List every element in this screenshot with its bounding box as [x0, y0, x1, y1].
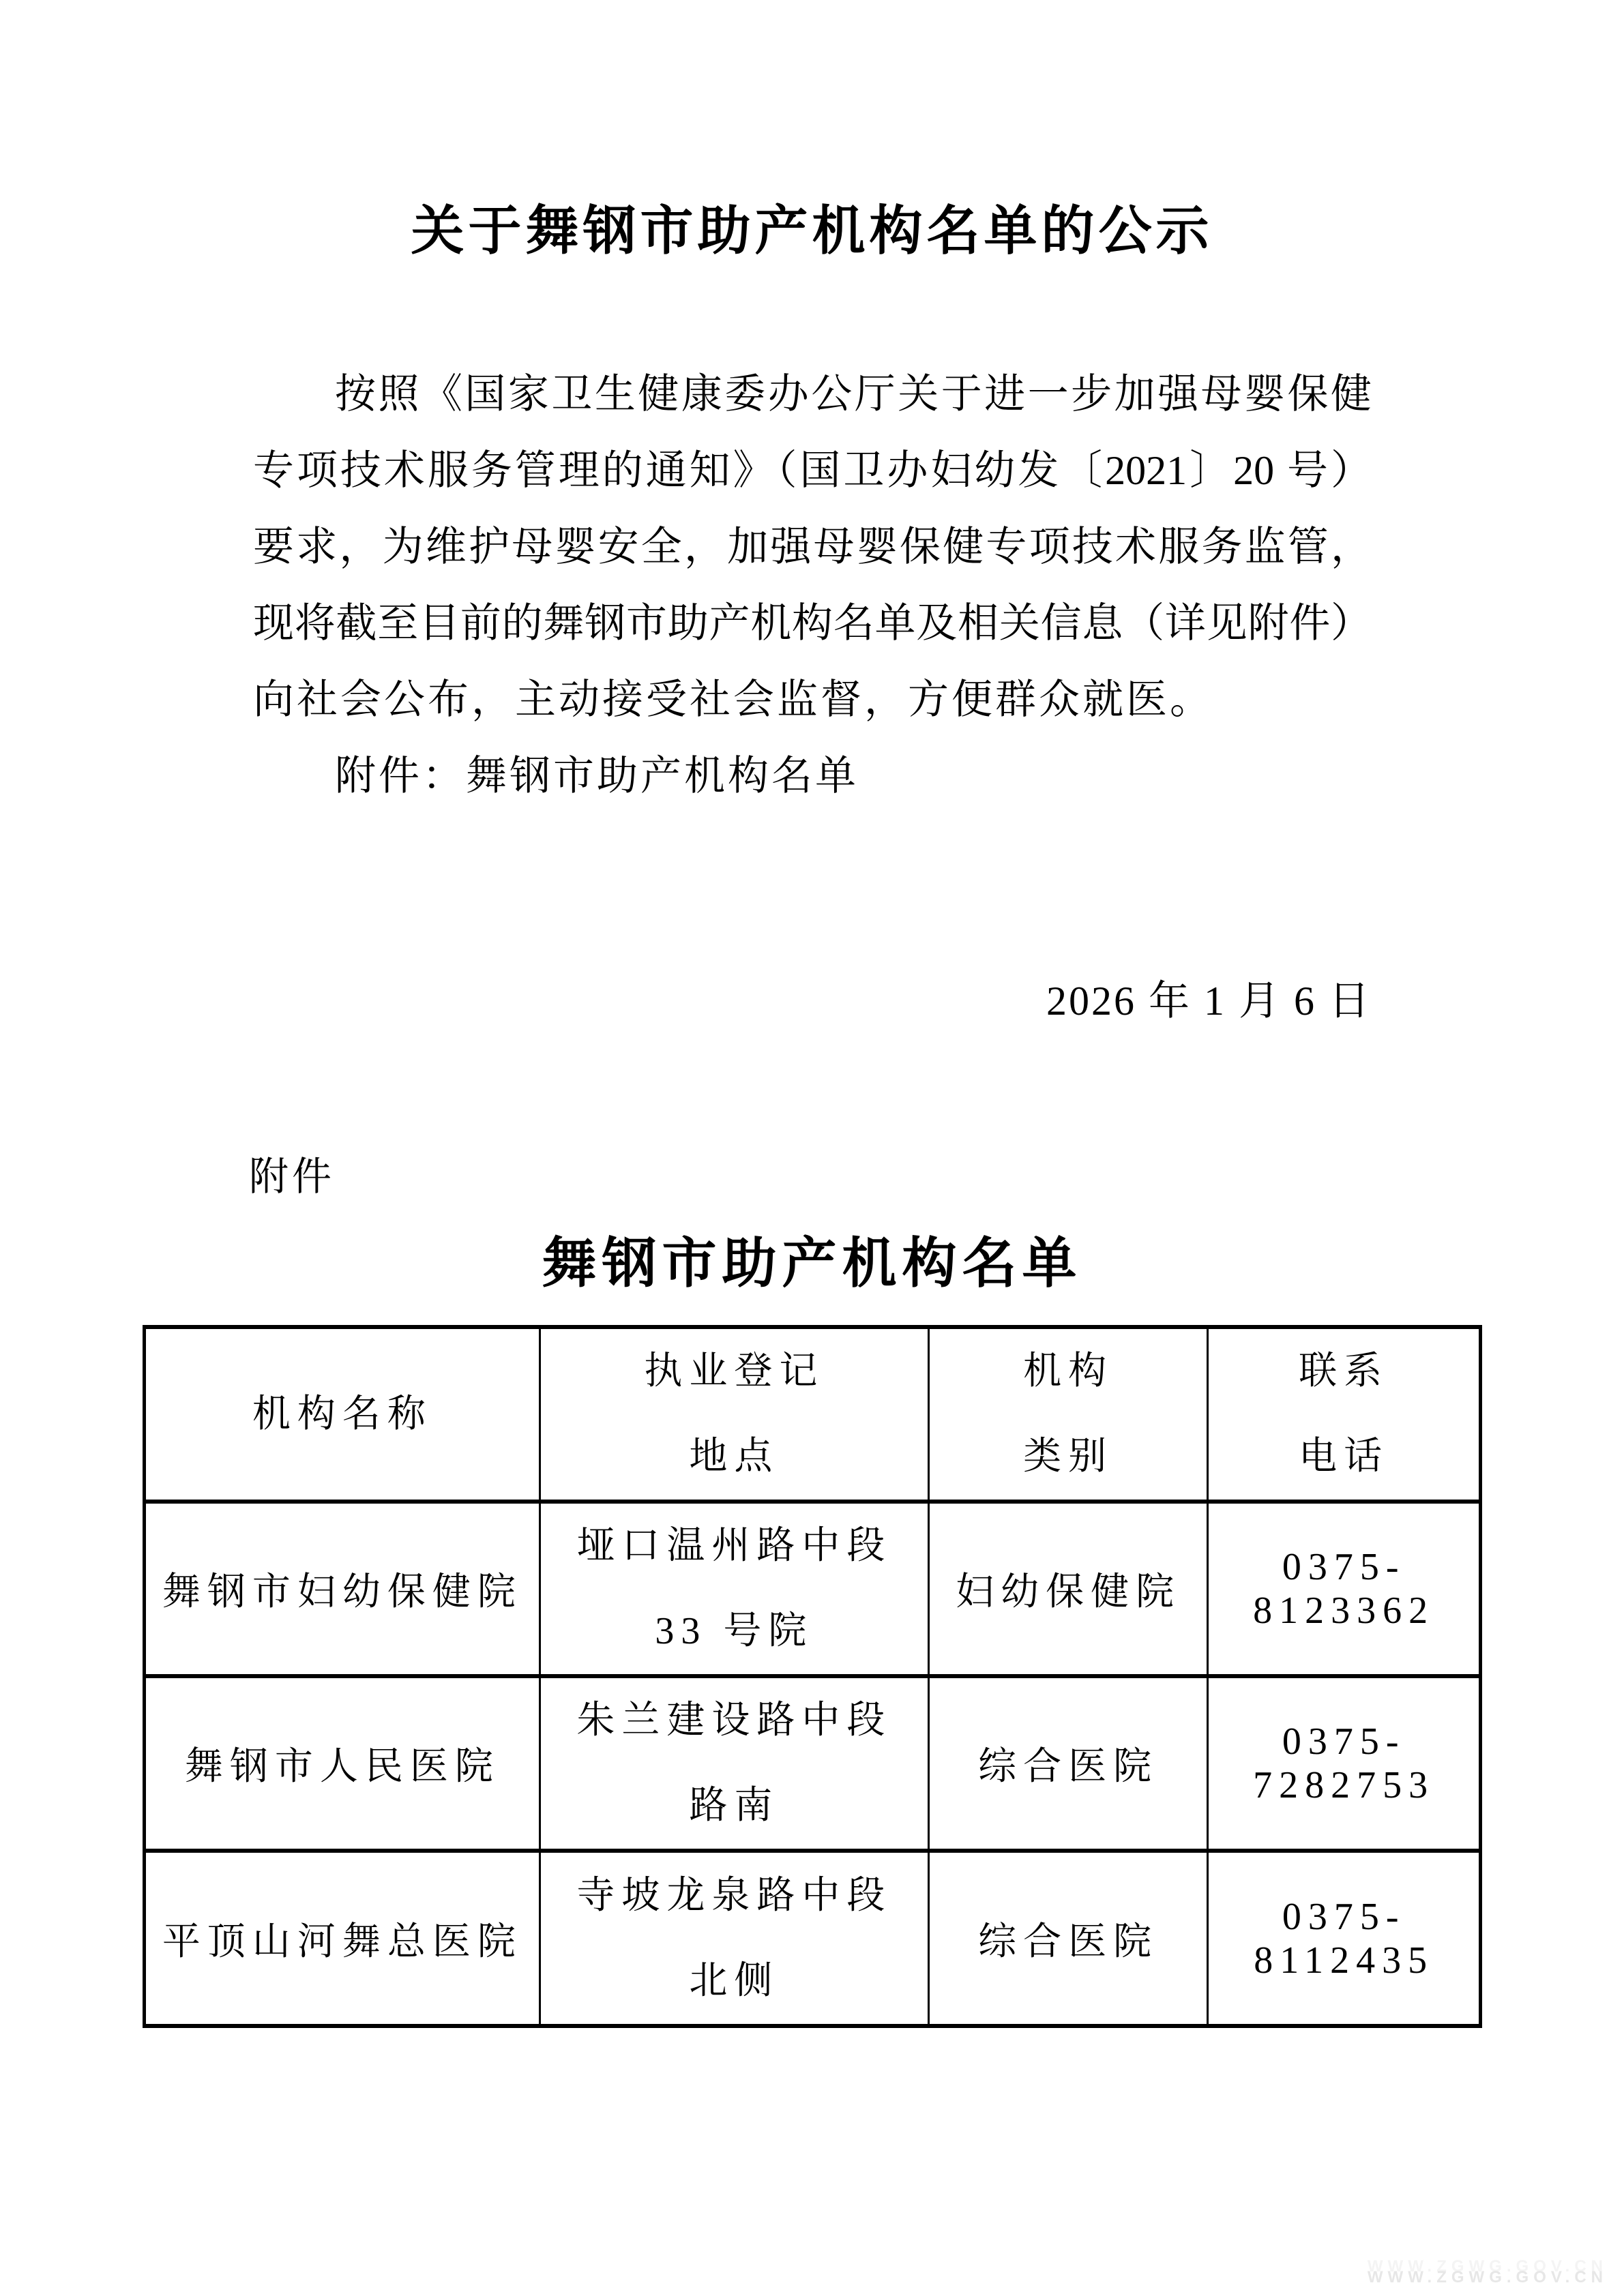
cell-institution-name: 舞钢市人民医院 [145, 1676, 540, 1851]
attachment-label: 附件 [249, 1144, 335, 1202]
table-row: 舞钢市人民医院 朱兰建设路中段 路南 综合医院 0375-7282753 [145, 1676, 1481, 1851]
body-line-1: 按照《国家卫生健康委办公厅关于进一步加强母婴保健 [253, 356, 1372, 432]
cell-registered-address: 寺坡龙泉路中段 北侧 [540, 1851, 928, 2026]
cell-contact-phone: 0375-8112435 [1208, 1851, 1481, 2026]
header-institution-name: 机构名称 [145, 1327, 540, 1502]
cell-contact-phone: 0375-7282753 [1208, 1676, 1481, 1851]
table-row: 平顶山河舞总医院 寺坡龙泉路中段 北侧 综合医院 0375-8112435 [145, 1851, 1481, 2026]
body-paragraph: 按照《国家卫生健康委办公厅关于进一步加强母婴保健 专项技术服务管理的通知》（国卫… [253, 356, 1372, 814]
cell-registered-address: 垭口温州路中段 33 号院 [540, 1502, 928, 1676]
body-line-3: 要求，为维护母婴安全，加强母婴保健专项技术服务监管， [253, 509, 1372, 585]
table-header-row: 机构名称 执业登记 地点 机构 类别 联系 电话 [145, 1327, 1481, 1502]
cell-institution-name: 舞钢市妇幼保健院 [145, 1502, 540, 1676]
site-watermark: WWW.ZGWG.GOV.CN WWW.ZGWG.GOV.CN [1368, 2261, 1608, 2283]
document-page: 关于舞钢市助产机构名单的公示 按照《国家卫生健康委办公厅关于进一步加强母婴保健 … [0, 0, 1624, 2296]
cell-institution-type: 综合医院 [928, 1676, 1207, 1851]
cell-institution-name: 平顶山河舞总医院 [145, 1851, 540, 2026]
cell-institution-type: 妇幼保健院 [928, 1502, 1207, 1676]
cell-contact-phone: 0375-8123362 [1208, 1502, 1481, 1676]
attachment-reference-line: 附件：舞钢市助产机构名单 [253, 738, 1372, 814]
cell-registered-address: 朱兰建设路中段 路南 [540, 1676, 928, 1851]
header-contact-phone: 联系 电话 [1208, 1327, 1481, 1502]
document-date: 2026 年 1 月 6 日 [253, 968, 1372, 1027]
page-title: 关于舞钢市助产机构名单的公示 [0, 202, 1624, 260]
header-institution-type: 机构 类别 [928, 1327, 1207, 1502]
institutions-table: 机构名称 执业登记 地点 机构 类别 联系 电话 舞钢市妇幼保健院 垭 [143, 1325, 1482, 2028]
body-line-4: 现将截至目前的舞钢市助产机构名单及相关信息（详见附件） [253, 585, 1372, 661]
body-line-5: 向社会公布，主动接受社会监督，方便群众就医。 [253, 661, 1372, 738]
table-row: 舞钢市妇幼保健院 垭口温州路中段 33 号院 妇幼保健院 0375-812336… [145, 1502, 1481, 1676]
header-registered-address: 执业登记 地点 [540, 1327, 928, 1502]
body-line-2: 专项技术服务管理的通知》（国卫办妇幼发〔2021〕20 号） [253, 432, 1372, 509]
site-watermark-text: WWW.ZGWG.GOV.CN [1368, 2272, 1608, 2283]
cell-institution-type: 综合医院 [928, 1851, 1207, 2026]
attachment-title: 舞钢市助产机构名单 [0, 1219, 1624, 1298]
